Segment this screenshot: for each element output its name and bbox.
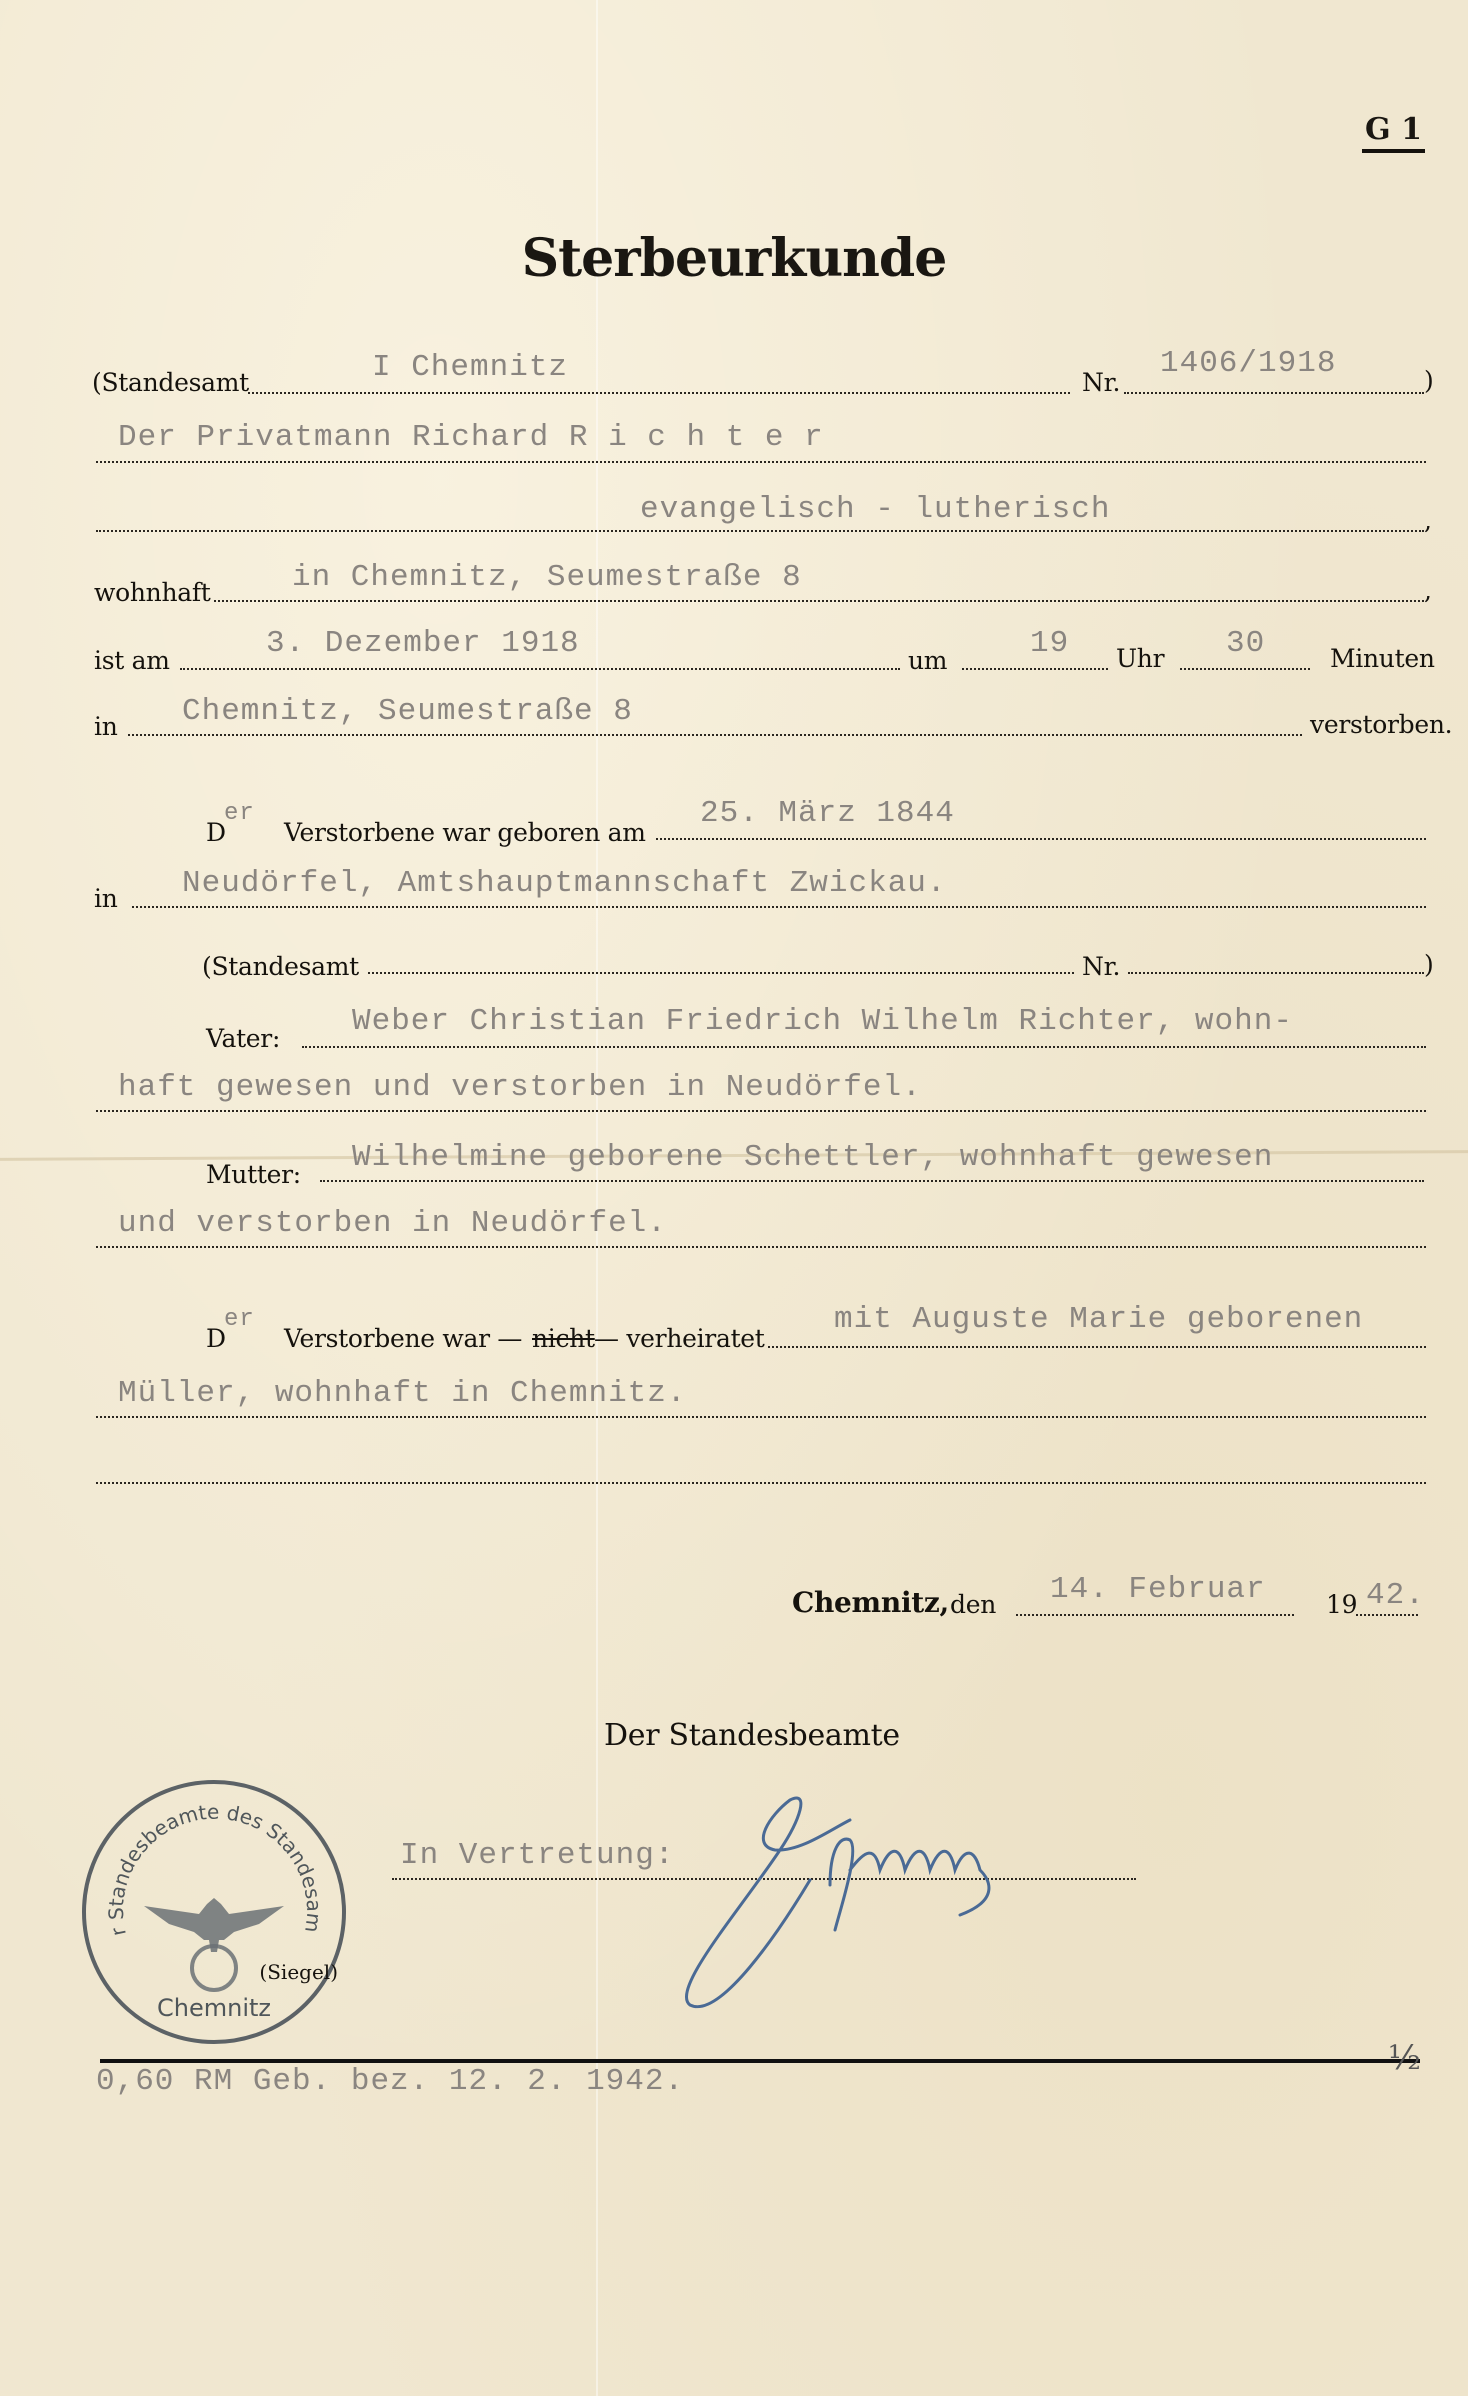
field-line (180, 668, 900, 670)
field-line (96, 1416, 1426, 1418)
birth-date: 25. März 1844 (700, 796, 955, 831)
comma: , (1424, 506, 1432, 535)
registry-number-value: 1406/1918 (1160, 346, 1336, 381)
label-in: in (94, 884, 118, 913)
label-verstorben: verstorben. (1310, 710, 1452, 739)
death-place: Chemnitz, Seumestraße 8 (182, 694, 633, 729)
vertical-fold-crease (596, 0, 598, 2396)
field-line (214, 600, 1424, 602)
field-line (768, 1346, 1426, 1348)
label-d: D (206, 818, 226, 847)
label-standesamt-birth: (Standesamt (202, 952, 359, 981)
field-line (248, 392, 1070, 394)
issue-year-suffix: 42. (1366, 1578, 1425, 1613)
registry-office-value: I Chemnitz (372, 350, 568, 385)
label-ist-am: ist am (94, 646, 170, 675)
label-um: um (908, 646, 947, 675)
footer-rule (100, 2059, 1420, 2063)
issue-day-month: 14. Februar (1050, 1572, 1266, 1607)
field-line (96, 1110, 1426, 1112)
field-line (1124, 392, 1424, 394)
footer-mark: ½ (1388, 2038, 1421, 2078)
label-standesamt: (Standesamt (92, 368, 249, 397)
close-paren: ) (1424, 366, 1433, 395)
label-born: Verstorbene war geboren am (284, 818, 646, 847)
field-line (656, 838, 1426, 840)
form-code: G 1 (1362, 112, 1425, 153)
label-married-pre: Verstorbene war — (284, 1324, 522, 1353)
handwritten-signature (660, 1790, 1120, 2030)
document-title: Sterbeurkunde (0, 228, 1468, 289)
label-den: den (950, 1590, 996, 1619)
seal-label: (Siegel) (259, 1960, 338, 1984)
label-uhr: Uhr (1116, 644, 1164, 673)
deceased-name: Der Privatmann Richard R i c h t e r (118, 420, 824, 455)
label-wohnhaft: wohnhaft (94, 578, 211, 607)
issue-place: Chemnitz, (792, 1586, 949, 1619)
label-nr: Nr. (1082, 368, 1120, 397)
official-seal-stamp: Der Standesbeamte des Standesamts I (Sie… (82, 1780, 346, 2044)
deputy-label: In Vertretung: (400, 1838, 674, 1873)
field-line (128, 734, 1302, 736)
article-suffix: er (224, 1306, 255, 1333)
field-line (320, 1180, 1424, 1182)
spouse-line-1: mit Auguste Marie geborenen (834, 1302, 1363, 1337)
field-line (132, 906, 1426, 908)
struck-word-nicht: nicht (532, 1324, 595, 1353)
deceased-residence: in Chemnitz, Seumestraße 8 (292, 560, 802, 595)
comma: , (1424, 576, 1432, 605)
field-line (96, 1246, 1426, 1248)
field-line (96, 530, 1424, 532)
field-line (962, 668, 1108, 670)
field-line (1016, 1614, 1294, 1616)
mother-line-1: Wilhelmine geborene Schettler, wohnhaft … (352, 1140, 1273, 1175)
issue-year-prefix: 19 (1326, 1590, 1357, 1619)
father-line-2: haft gewesen und verstorben in Neudörfel… (118, 1070, 922, 1105)
death-date: 3. Dezember 1918 (266, 626, 580, 661)
field-line (1356, 1614, 1418, 1616)
spouse-line-2: Müller, wohnhaft in Chemnitz. (118, 1376, 687, 1411)
field-line (1128, 972, 1424, 974)
death-hour: 19 (1030, 626, 1069, 661)
field-line (96, 1482, 1426, 1484)
field-line (96, 461, 1426, 463)
death-minute: 30 (1226, 626, 1265, 661)
label-in: in (94, 712, 118, 741)
father-line-1: Weber Christian Friedrich Wilhelm Richte… (352, 1004, 1293, 1039)
label-married-post: — verheiratet (594, 1324, 765, 1353)
field-line (1180, 668, 1310, 670)
label-mother: Mutter: (206, 1160, 301, 1189)
fee-note: 0,60 RM Geb. bez. 12. 2. 1942. (96, 2064, 684, 2099)
deceased-religion: evangelisch - lutherisch (640, 492, 1110, 527)
seal-city: Chemnitz (86, 1994, 342, 2022)
field-line (368, 972, 1074, 974)
article-suffix: er (224, 800, 255, 827)
label-father: Vater: (206, 1024, 280, 1053)
close-paren: ) (1424, 950, 1433, 979)
label-nr-birth: Nr. (1082, 952, 1120, 981)
field-line (302, 1046, 1426, 1048)
label-minuten: Minuten (1330, 644, 1435, 673)
mother-line-2: und verstorben in Neudörfel. (118, 1206, 667, 1241)
label-d: D (206, 1324, 226, 1353)
official-title: Der Standesbeamte (604, 1718, 900, 1753)
birth-place: Neudörfel, Amtshauptmannschaft Zwickau. (182, 866, 947, 901)
